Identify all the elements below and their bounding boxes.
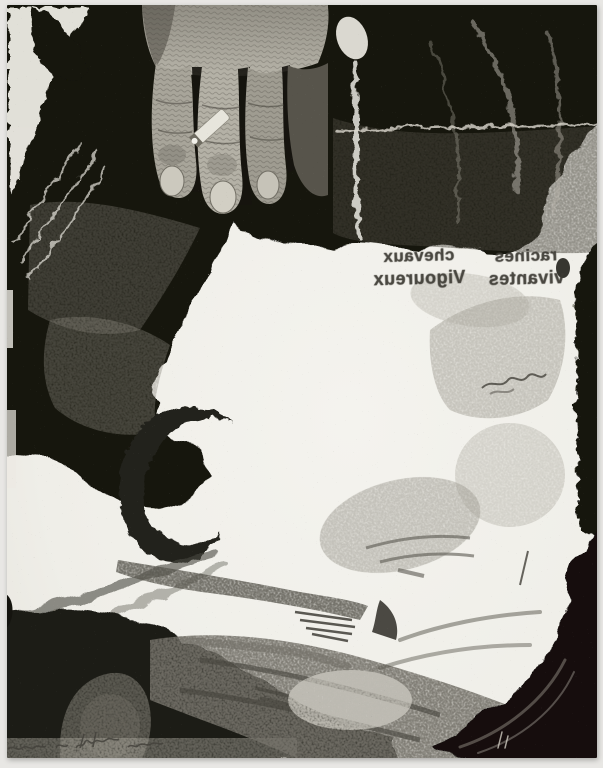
stamp-right-line1: racines bbox=[479, 244, 572, 268]
stamp-right-line2: vivantes bbox=[480, 266, 573, 291]
stamp-left-line2: Vigoureux bbox=[364, 265, 475, 291]
stamp-left-line1: chevaux bbox=[363, 244, 474, 269]
mirrored-stamp-right: racines vivantes bbox=[479, 244, 572, 291]
mirrored-stamp-left: chevaux Vigoureux bbox=[363, 244, 474, 292]
photographed-print: chevaux Vigoureux racines vivantes bbox=[0, 0, 603, 768]
lithograph-artwork bbox=[0, 0, 603, 768]
light-grain-overlay bbox=[7, 5, 597, 758]
